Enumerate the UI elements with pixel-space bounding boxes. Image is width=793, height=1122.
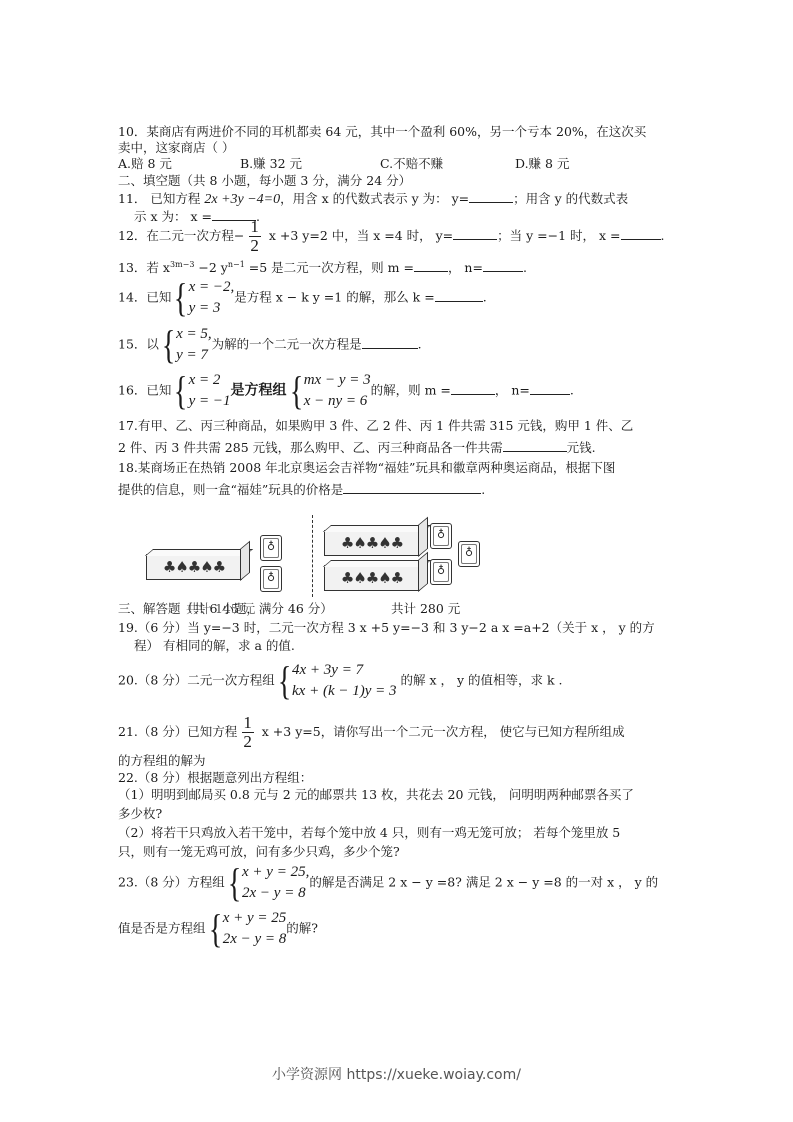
q11-prefix: 11． 已知方程	[118, 191, 204, 206]
q22-part2-line1: （2）将若干只鸡放入若干笼中，若每个笼中放 4 只，则有一鸡无笼可放； 若每个笼…	[118, 825, 620, 841]
q18-line2: 提供的信息，则一盒“福娃”玩具的价格是.	[118, 481, 485, 498]
q17-end: 元钱.	[567, 440, 596, 455]
figure-caption-right: 共计 280 元	[391, 601, 460, 617]
q22-part1-line2: 多少枚?	[118, 806, 162, 822]
q16-text2: ， n=	[495, 383, 530, 398]
q16-sys2-row1: mx − y = 3	[304, 370, 371, 391]
q20-prefix: 20.（8 分）二元一次方程组	[118, 673, 275, 688]
q14-end: .	[483, 290, 487, 305]
q12-blank-x[interactable]	[621, 227, 661, 240]
q23-sys2-row2: 2x − y = 8	[223, 929, 287, 950]
q16-blank-m[interactable]	[451, 382, 495, 395]
q13-blank-n[interactable]	[483, 259, 523, 272]
q16-bold-text: 是方程组	[231, 383, 287, 399]
q11-text2: ；用含 y 的代数式表	[513, 191, 628, 206]
fuwa-dolls-icon: ♣♠♣♠♣	[151, 558, 237, 576]
q12-frac-num: 1	[248, 218, 261, 236]
q21-line2: 的方程组的解为	[118, 753, 206, 769]
q15-system: {x = 5,y = 7	[159, 324, 212, 366]
q13-line: 13．若 x3m−3 −2 yn−1 =5 是二元一次方程，则 m =， n=.	[118, 257, 527, 276]
q10-option-b: B.赚 32 元	[240, 156, 380, 172]
q21-text: x +3 y=5，请你写出一个二元一次方程， 使它与已知方程所组成	[258, 724, 625, 739]
q10-option-a: A.赔 8 元	[118, 156, 240, 172]
badge-icon: ♁	[430, 559, 452, 585]
price-figure: ♣♠♣♠♣ ♁ ♁ ♣♠♣♠♣ ♣♠♣♠♣ ♁ ♁ ♁	[140, 515, 480, 597]
q23-text: 的解是否满足 2 x − y =8? 满足 2 x − y =8 的一对 x ，…	[309, 875, 658, 890]
q21-frac-den: 2	[243, 733, 252, 751]
q22-part1-line1: （1）明明到邮局买 0.8 元与 2 元的邮票共 13 枚，共花去 20 元钱，…	[118, 787, 634, 803]
fuwa-dolls-icon: ♣♠♣♠♣	[329, 569, 415, 587]
section2-heading: 二、填空题（共 8 小题，每小题 3 分，满分 24 分）	[118, 173, 411, 189]
badge-icon: ♁	[260, 566, 282, 592]
q14-text: 是方程 x − k y =1 的解，那么 k =	[234, 290, 434, 305]
q15-sys-row2: y = 7	[176, 345, 212, 366]
q14-blank-k[interactable]	[435, 289, 483, 302]
q23-prefix: 23.（8 分）方程组	[118, 875, 225, 890]
q22-part2-line2: 只，则有一笼无鸡可放，问有多少只鸡，多少个笼?	[118, 844, 400, 860]
q16-line: 16．已知{x = 2y = −1是方程组{mx − y = 3x − ny =…	[118, 370, 574, 412]
q16-blank-n[interactable]	[530, 382, 570, 395]
q13-exp2: n−1	[228, 260, 245, 269]
q23-sys2-row1: x + y = 25	[223, 908, 287, 929]
q19-line1: 19.（6 分）当 y=−3 时，二元一次方程 3 x +5 y=−3 和 3 …	[118, 620, 655, 636]
q17-line1: 17.有甲、乙、丙三种商品，如果购甲 3 件、乙 2 件、丙 1 件共需 315…	[118, 418, 633, 434]
q13-text2: ， n=	[448, 260, 483, 275]
q20-system: {4x + 3y = 7kx + (k − 1)y = 3	[275, 660, 397, 702]
q23-text2: 的解?	[286, 921, 318, 936]
q10-line2: 卖中，这家商店（ ）	[118, 140, 234, 156]
figure-caption-left: 共计 145 元	[186, 601, 255, 617]
q23-line1: 23.（8 分）方程组{x + y = 25,2x − y = 8的解是否满足 …	[118, 862, 658, 904]
q12-blank-y[interactable]	[453, 227, 497, 240]
q23-sys-row1: x + y = 25,	[242, 862, 309, 883]
q16-end: .	[570, 383, 574, 398]
footer-watermark: 小学资源网 https://xueke.woiay.com/	[0, 1064, 793, 1084]
q20-text: 的解 x ， y 的值相等，求 k .	[397, 673, 563, 688]
q18-end: .	[481, 482, 485, 497]
q21-frac-num: 1	[241, 714, 254, 732]
q15-prefix: 15．以	[118, 337, 159, 352]
q20-sys-row2: kx + (k − 1)y = 3	[292, 681, 397, 702]
fuwa-box-right-top: ♣♠♣♠♣	[324, 530, 420, 556]
figure-divider	[312, 515, 313, 597]
q17-blank[interactable]	[503, 439, 567, 452]
q16-prefix: 16．已知	[118, 383, 171, 398]
q20-sys-row1: 4x + 3y = 7	[292, 660, 397, 681]
q11-equation: 2x +3y −4=0	[204, 192, 280, 207]
q13-mid: −2 y	[194, 260, 227, 275]
q15-end: .	[418, 337, 422, 352]
q17-line2: 2 件、丙 3 件共需 285 元钱，那么购甲、乙、丙三种商品各一件共需元钱.	[118, 439, 596, 456]
q23-system2: {x + y = 252x − y = 8	[206, 908, 287, 950]
q16-sys1-row1: x = 2	[189, 370, 231, 391]
q23-prefix2: 值是否是方程组	[118, 921, 206, 936]
q16-sys2-row2: x − ny = 6	[304, 391, 371, 412]
badge-icon: ♁	[260, 535, 282, 561]
q12-text2: ；当 y =−1 时， x =	[497, 228, 620, 243]
q23-line2: 值是否是方程组{x + y = 252x − y = 8的解?	[118, 908, 318, 950]
q14-sys-row1: x = −2,	[189, 277, 235, 298]
q19-line2: 程） 有相同的解，求 a 的值.	[134, 638, 295, 654]
q10-options: A.赔 8 元B.赚 32 元C.不赔不赚D.赚 8 元	[118, 156, 569, 172]
q18-blank[interactable]	[343, 481, 481, 494]
q15-blank[interactable]	[362, 336, 418, 349]
q11-text: ，用含 x 的代数式表示 y 为： y=	[280, 191, 469, 206]
q23-sys-row2: 2x − y = 8	[242, 883, 309, 904]
q14-system: {x = −2,y = 3	[171, 277, 234, 319]
q11-blank-y[interactable]	[469, 190, 513, 203]
q21-prefix: 21.（8 分）已知方程	[118, 724, 237, 739]
q10-line1: 10．某商店有两进价不同的耳机都卖 64 元，其中一个盈利 60%，另一个亏本 …	[118, 124, 646, 140]
q16-system2: {mx − y = 3x − ny = 6	[287, 370, 371, 412]
q15-sys-row1: x = 5,	[176, 324, 212, 345]
badge-icon: ♁	[430, 523, 452, 549]
q16-system1: {x = 2y = −1	[171, 370, 230, 412]
q12-text: x +3 y=2 中，当 x =4 时， y=	[265, 228, 453, 243]
q17-text: 2 件、丙 3 件共需 285 元钱，那么购甲、乙、丙三种商品各一件共需	[118, 440, 503, 455]
q13-text: =5 是二元一次方程，则 m =	[245, 260, 414, 275]
q11-line1: 11． 已知方程 2x +3y −4=0，用含 x 的代数式表示 y 为： y=…	[118, 190, 628, 208]
q15-line: 15．以{x = 5,y = 7为解的一个二元一次方程是.	[118, 324, 422, 366]
q13-prefix: 13．若 x	[118, 260, 170, 275]
q12-prefix: 12．在二元一次方程−	[118, 228, 244, 243]
q12-frac-den: 2	[250, 237, 259, 255]
q13-end: .	[523, 260, 527, 275]
q10-option-d: D.赚 8 元	[515, 156, 569, 172]
q20-line: 20.（8 分）二元一次方程组{4x + 3y = 7kx + (k − 1)y…	[118, 660, 563, 702]
fuwa-box-left: ♣♠♣♠♣	[146, 554, 242, 580]
q13-blank-m[interactable]	[414, 259, 448, 272]
badge-icon: ♁	[458, 541, 480, 567]
fuwa-dolls-icon: ♣♠♣♠♣	[329, 534, 415, 552]
q21-fraction: 12	[241, 714, 254, 751]
q22-heading: 22.（8 分）根据题意列出方程组：	[118, 770, 312, 786]
q14-prefix: 14．已知	[118, 290, 171, 305]
q18-text: 提供的信息，则一盒“福娃”玩具的价格是	[118, 482, 343, 497]
q23-system: {x + y = 25,2x − y = 8	[225, 862, 310, 904]
q18-line1: 18.某商场正在热销 2008 年北京奥运会吉祥物“福娃”玩具和徽章两种奥运商品…	[118, 460, 615, 476]
q10-option-c: C.不赔不赚	[380, 156, 515, 172]
q12-end: .	[661, 228, 665, 243]
q12-line: 12．在二元一次方程−12 x +3 y=2 中，当 x =4 时， y=；当 …	[118, 218, 665, 255]
q12-fraction: 12	[248, 218, 261, 255]
q16-sys1-row2: y = −1	[189, 391, 231, 412]
q16-text: 的解，则 m =	[371, 383, 451, 398]
q15-text: 为解的一个二元一次方程是	[212, 337, 362, 352]
fuwa-box-right-bottom: ♣♠♣♠♣	[324, 565, 420, 591]
q13-exp1: 3m−3	[170, 260, 194, 269]
q14-sys-row2: y = 3	[189, 298, 235, 319]
q14-line: 14．已知{x = −2,y = 3是方程 x − k y =1 的解，那么 k…	[118, 277, 487, 319]
q21-line1: 21.（8 分）已知方程12 x +3 y=5，请你写出一个二元一次方程， 使它…	[118, 714, 625, 751]
